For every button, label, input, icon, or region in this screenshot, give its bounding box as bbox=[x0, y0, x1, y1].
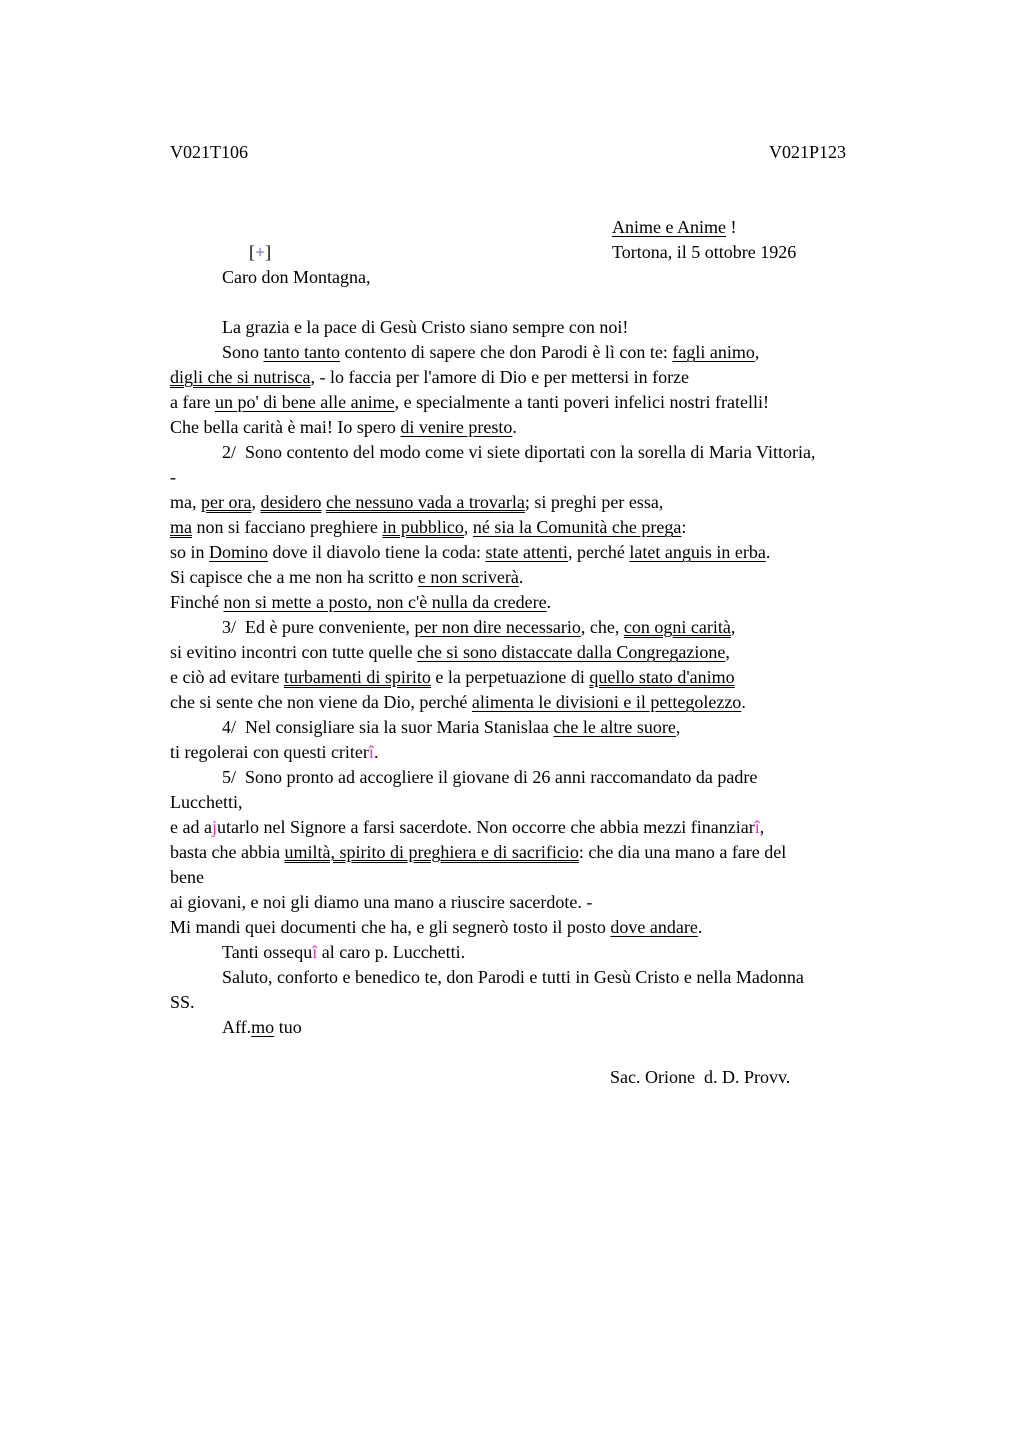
letter-line: digli che si nutrisca, - lo faccia per l… bbox=[170, 365, 970, 390]
text-segment: e la perpetuazione di bbox=[431, 667, 589, 687]
letter-line: basta che abbia umiltà, spirito di pregh… bbox=[170, 840, 970, 865]
underlined-text: desidero bbox=[260, 492, 321, 512]
letter-line: - bbox=[170, 465, 970, 490]
underlined-text: con ogni carità bbox=[624, 617, 731, 637]
letter-line bbox=[170, 290, 970, 315]
text-segment: , bbox=[760, 817, 765, 837]
underlined-text: quello stato d'animo bbox=[589, 667, 734, 687]
text-segment: 4/ Nel consigliare sia la suor Maria Sta… bbox=[222, 717, 553, 737]
letter-line: Aff.mo tuo bbox=[170, 1015, 970, 1040]
text-segment: , bbox=[464, 517, 473, 537]
underlined-text: umiltà, spirito di preghiera e di sacrif… bbox=[284, 842, 578, 862]
underlined-text: per ora bbox=[201, 492, 251, 512]
letter-motto: Anime e Anime ! bbox=[612, 215, 736, 240]
text-segment: , bbox=[755, 342, 760, 362]
text-segment: Si capisce che a me non ha scritto bbox=[170, 567, 418, 587]
text-segment: Mi mandi quei documenti che ha, e gli se… bbox=[170, 917, 610, 937]
text-segment: Saluto, conforto e benedico te, don Paro… bbox=[222, 967, 804, 987]
text-segment: . bbox=[766, 542, 771, 562]
text-segment: tuo bbox=[274, 1017, 302, 1037]
underlined-text: alimenta le divisioni e il pettegolezzo bbox=[472, 692, 741, 712]
text-segment: : che dia una mano a fare del bbox=[579, 842, 786, 862]
text-segment: . bbox=[374, 742, 379, 762]
underlined-text: in pubblico bbox=[382, 517, 464, 537]
text-segment: dove il diavolo tiene la coda: bbox=[268, 542, 485, 562]
underlined-text: mo bbox=[251, 1017, 274, 1037]
text-segment: e ciò ad evitare bbox=[170, 667, 284, 687]
letter-line: 5/ Sono pronto ad accogliere il giovane … bbox=[170, 765, 970, 790]
text-segment: Aff. bbox=[222, 1017, 251, 1037]
letter-line: 3/ Ed è pure conveniente, per non dire n… bbox=[170, 615, 970, 640]
underlined-text: di venire presto bbox=[400, 417, 512, 437]
letter-line: ai giovani, e noi gli diamo una mano a r… bbox=[170, 890, 970, 915]
letter-line: Caro don Montagna, bbox=[170, 265, 970, 290]
archive-code-right: V021P123 bbox=[769, 140, 846, 165]
text-segment: 2/ Sono contento del modo come vi siete … bbox=[222, 442, 815, 462]
text-segment: , - lo faccia per l'amore di Dio e per m… bbox=[310, 367, 689, 387]
letter-line: e ciò ad evitare turbamenti di spirito e… bbox=[170, 665, 970, 690]
letter-line: bene bbox=[170, 865, 970, 890]
underlined-text: né sia la Comunità che prega bbox=[473, 517, 681, 537]
text-segment: utarlo nel Signore a farsi sacerdote. No… bbox=[217, 817, 755, 837]
underlined-text: ma bbox=[170, 517, 192, 537]
underlined-text: che nessuno vada a trovarla bbox=[326, 492, 525, 512]
underlined-text: che si sono distaccate dalla Congregazio… bbox=[417, 642, 725, 662]
text-segment: , perché bbox=[568, 542, 629, 562]
text-segment: ma, bbox=[170, 492, 201, 512]
text-segment: . bbox=[698, 917, 703, 937]
text-segment: 5/ Sono pronto ad accogliere il giovane … bbox=[222, 767, 757, 787]
underlined-text: digli che si nutrisca bbox=[170, 367, 310, 387]
text-segment: Caro don Montagna, bbox=[222, 267, 370, 287]
letter-line bbox=[170, 1040, 970, 1065]
letter-line: Finché non si mette a posto, non c'è nul… bbox=[170, 590, 970, 615]
letter-body: Caro don Montagna, La grazia e la pace d… bbox=[170, 265, 970, 1090]
archive-codes-row: V021T106 V021P123 bbox=[170, 140, 846, 165]
letter-line: a fare un po' di bene alle anime, e spec… bbox=[170, 390, 970, 415]
text-segment: non si facciano preghiere bbox=[192, 517, 382, 537]
cross-notation: [+] bbox=[197, 242, 271, 262]
letter-page: V021T106 V021P123 [+] Anime e Anime ! To… bbox=[0, 0, 1024, 1450]
text-segment: ai giovani, e noi gli diamo una mano a r… bbox=[170, 892, 592, 912]
letter-line: 4/ Nel consigliare sia la suor Maria Sta… bbox=[170, 715, 970, 740]
text-segment: so in bbox=[170, 542, 209, 562]
text-segment: al caro p. Lucchetti. bbox=[317, 942, 465, 962]
cross-bracket-close: ] bbox=[265, 242, 271, 262]
text-segment: Tanti ossequ bbox=[222, 942, 312, 962]
letter-line: Mi mandi quei documenti che ha, e gli se… bbox=[170, 915, 970, 940]
underlined-text: e non scriverà bbox=[418, 567, 519, 587]
letter-line: 2/ Sono contento del modo come vi siete … bbox=[170, 440, 970, 465]
letter-line: Saluto, conforto e benedico te, don Paro… bbox=[170, 965, 970, 990]
motto-suffix: ! bbox=[726, 217, 737, 237]
letter-line: ma non si facciano preghiere in pubblico… bbox=[170, 515, 970, 540]
text-segment: , bbox=[731, 617, 736, 637]
text-segment: Lucchetti, bbox=[170, 792, 242, 812]
letterhead-row: [+] Anime e Anime ! bbox=[170, 215, 970, 240]
underlined-text: per non dire necessario bbox=[414, 617, 580, 637]
letter-line: e ad ajutarlo nel Signore a farsi sacerd… bbox=[170, 815, 970, 840]
text-segment: , bbox=[725, 642, 730, 662]
underlined-text: un po' di bene alle anime bbox=[215, 392, 395, 412]
text-segment: . bbox=[547, 592, 552, 612]
letter-line: ti regolerai con questi criterî. bbox=[170, 740, 970, 765]
text-segment: Sac. Orione d. D. Provv. bbox=[610, 1067, 790, 1087]
underlined-text: dove andare bbox=[610, 917, 697, 937]
archive-code-left: V021T106 bbox=[170, 140, 248, 165]
letter-line: ma, per ora, desidero che nessuno vada a… bbox=[170, 490, 970, 515]
letter-line: Sono tanto tanto contento di sapere che … bbox=[170, 340, 970, 365]
text-segment: Finché bbox=[170, 592, 224, 612]
text-segment: SS. bbox=[170, 992, 195, 1012]
underlined-text: latet anguis in erba bbox=[629, 542, 765, 562]
text-segment: , bbox=[676, 717, 681, 737]
text-segment: Che bella carità è mai! Io spero bbox=[170, 417, 400, 437]
text-segment: . bbox=[512, 417, 517, 437]
text-segment: . bbox=[519, 567, 524, 587]
text-segment: che si sente che non viene da Dio, perch… bbox=[170, 692, 472, 712]
text-segment: 3/ Ed è pure conveniente, bbox=[222, 617, 414, 637]
letter-line: che si sente che non viene da Dio, perch… bbox=[170, 690, 970, 715]
underlined-text: che le altre suore bbox=[553, 717, 675, 737]
text-segment: contento di sapere che don Parodi è lì c… bbox=[340, 342, 672, 362]
text-segment: a fare bbox=[170, 392, 215, 412]
letter-line: Tanti ossequî al caro p. Lucchetti. bbox=[170, 940, 970, 965]
text-segment: - bbox=[170, 467, 176, 487]
text-segment: : bbox=[681, 517, 686, 537]
text-segment: ; si preghi per essa, bbox=[525, 492, 663, 512]
letter-line: Che bella carità è mai! Io spero di veni… bbox=[170, 415, 970, 440]
underlined-text: turbamenti di spirito bbox=[284, 667, 431, 687]
underlined-text: tanto tanto bbox=[264, 342, 340, 362]
text-segment: si evitino incontri con tutte quelle bbox=[170, 642, 417, 662]
text-segment: basta che abbia bbox=[170, 842, 284, 862]
letter-line: Si capisce che a me non ha scritto e non… bbox=[170, 565, 970, 590]
letter-line: si evitino incontri con tutte quelle che… bbox=[170, 640, 970, 665]
letter-dateline: Tortona, il 5 ottobre 1926 bbox=[170, 240, 970, 265]
underlined-text: non si mette a posto, non c'è nulla da c… bbox=[224, 592, 547, 612]
text-segment: , che, bbox=[581, 617, 624, 637]
underlined-text: Domino bbox=[209, 542, 268, 562]
letter-content: V021T106 V021P123 [+] Anime e Anime ! To… bbox=[170, 140, 970, 1090]
underlined-text: state attenti bbox=[485, 542, 567, 562]
letter-line: SS. bbox=[170, 990, 970, 1015]
text-segment: , e specialmente a tanti poveri infelici… bbox=[395, 392, 769, 412]
motto-underlined-text: Anime e Anime bbox=[612, 217, 726, 237]
letter-line: so in Domino dove il diavolo tiene la co… bbox=[170, 540, 970, 565]
text-segment: . bbox=[741, 692, 746, 712]
letter-line: Lucchetti, bbox=[170, 790, 970, 815]
text-segment: La grazia e la pace di Gesù Cristo siano… bbox=[222, 317, 628, 337]
text-segment: e ad a bbox=[170, 817, 212, 837]
underlined-text: fagli animo bbox=[672, 342, 754, 362]
letter-line: Sac. Orione d. D. Provv. bbox=[170, 1065, 970, 1090]
cross-plus-icon: + bbox=[255, 242, 265, 262]
letter-line: La grazia e la pace di Gesù Cristo siano… bbox=[170, 315, 970, 340]
text-segment: Sono bbox=[222, 342, 264, 362]
text-segment: ti regolerai con questi criter bbox=[170, 742, 369, 762]
text-segment: bene bbox=[170, 867, 204, 887]
